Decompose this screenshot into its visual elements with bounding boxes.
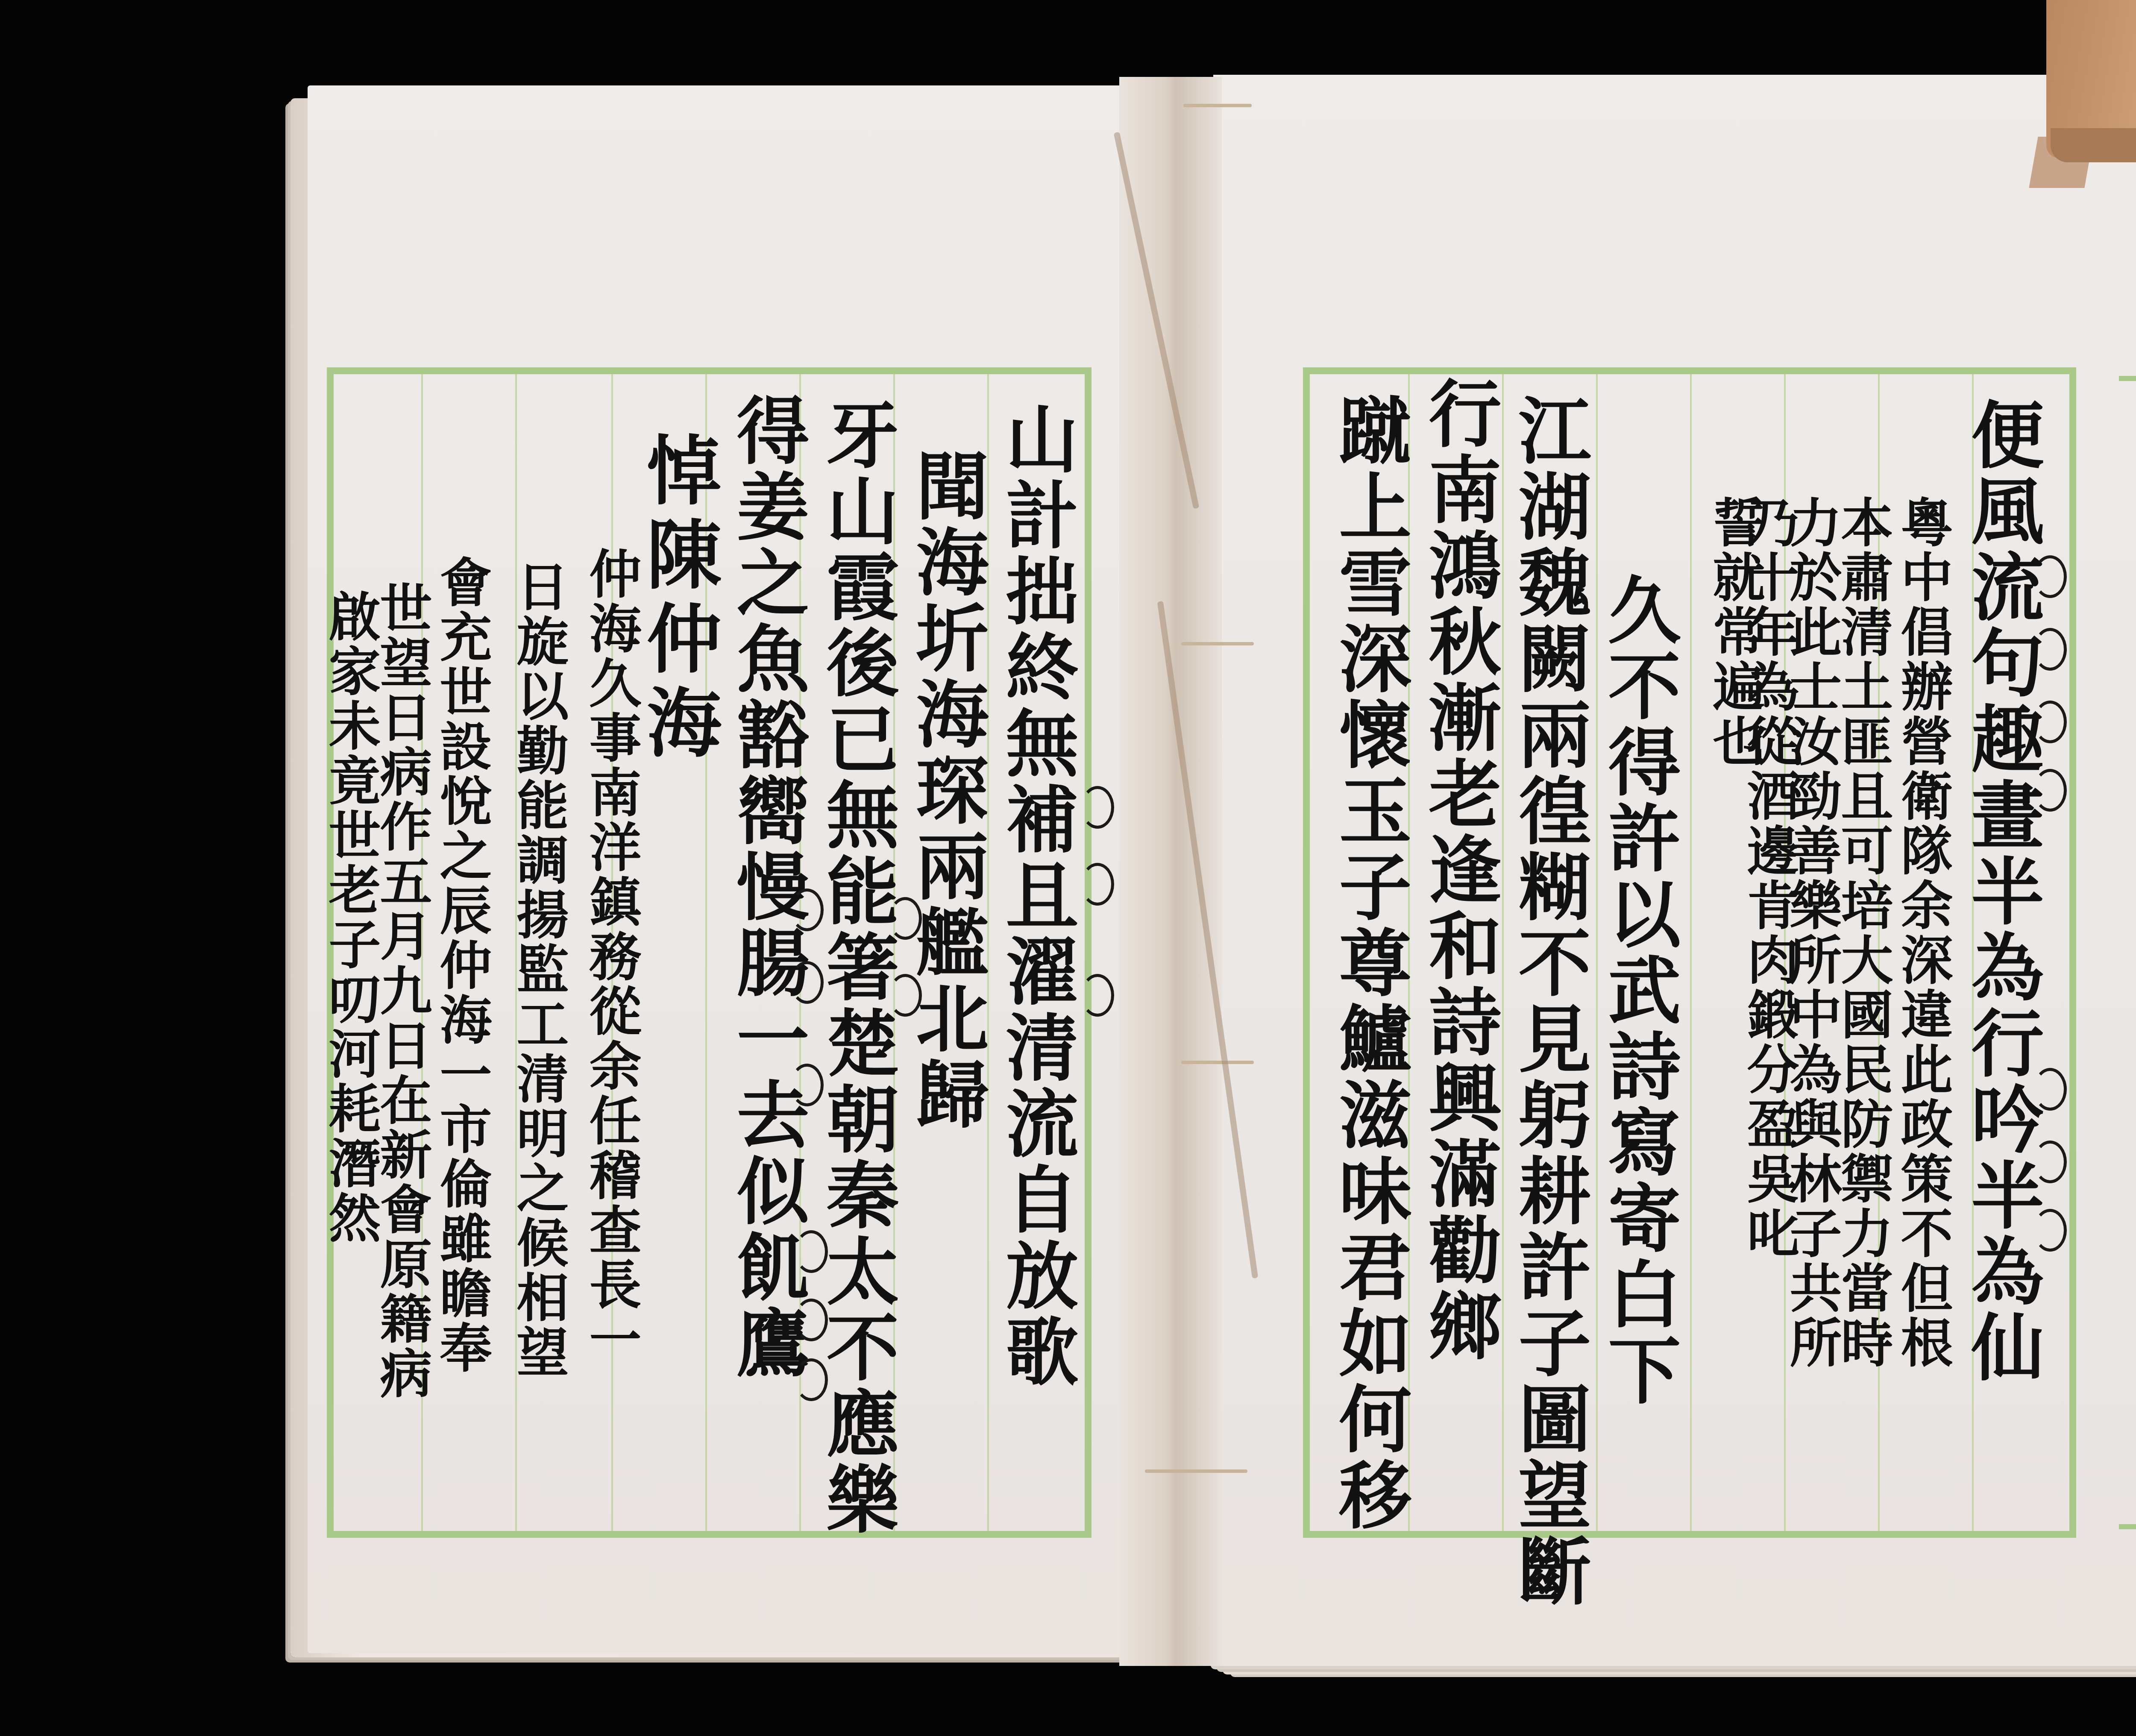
- text-column: 行南鴻秋漸老逢和詩興滿勸鄉: [1423, 376, 1495, 1364]
- circle-mark: [795, 1230, 828, 1273]
- circle-mark: [790, 1064, 824, 1106]
- annotation-column: 世望日病作五月九日在新會原籍病: [376, 581, 428, 1401]
- column-rule: [1502, 374, 1504, 1531]
- text-column: 聞海圻海琛兩艦北歸: [910, 449, 983, 1133]
- column-rule: [1690, 374, 1692, 1531]
- text-column: 便風流句趣畫半為行吟半為仙: [1965, 397, 2038, 1386]
- book-spine: [1119, 77, 1222, 1666]
- binding-thread-4: [1145, 1469, 1247, 1473]
- circle-mark: [2033, 628, 2067, 671]
- circle-mark: [2033, 1141, 2067, 1183]
- circle-mark: [790, 889, 824, 931]
- circle-mark: [1081, 863, 1114, 906]
- annotation-column: 粵中倡辦營衛隊余深違此政策不但根: [1897, 496, 1949, 1370]
- circle-mark: [889, 897, 922, 940]
- text-column: 久不得許以武詩寫寄白下: [1602, 572, 1675, 1409]
- annotation-column: 啟家未竟世老子叨河耗潛然: [325, 589, 377, 1246]
- circle-mark: [889, 974, 922, 1017]
- open-book: 便風流句趣畫半為行吟半為仙 粵中倡辦營衛隊余深違此政策不但根 本肅清土匪且可培大…: [0, 0, 2136, 1736]
- circle-mark: [2033, 701, 2067, 743]
- text-column: 蹴上雪深懷玉子尊鱸滋味君如何移: [1333, 393, 1405, 1534]
- annotation-column: 仲海久事南洋鎮務從余任稽查長一: [585, 547, 637, 1367]
- text-column: 得姜之魚豁嚮慢腸一去似飢鷹: [731, 393, 803, 1381]
- underlying-page-frame: [2119, 376, 2136, 1529]
- circle-mark: [1081, 786, 1114, 829]
- circle-mark: [795, 1358, 828, 1401]
- circle-mark: [795, 1299, 828, 1341]
- annotation-column: 誓就常遍也: [1709, 496, 1761, 769]
- circle-mark: [2033, 1209, 2067, 1252]
- binding-thread-3: [1181, 1061, 1254, 1064]
- seal-stone-base: [2051, 128, 2136, 162]
- annotation-column: 會充世設悅之辰仲海一市倫雖瞻奉: [436, 555, 488, 1375]
- circle-mark: [1081, 974, 1114, 1017]
- circle-mark: [790, 961, 824, 1004]
- text-column: 山計拙終無補且濯清流自放歌: [1000, 402, 1072, 1390]
- annotation-column: 日旋以勤能調揚監工清明之候相望: [513, 560, 565, 1380]
- poem-title: 悼陳仲海: [641, 431, 716, 768]
- circle-mark: [2033, 555, 2067, 598]
- circle-mark: [2033, 1068, 2067, 1111]
- binding-thread-2: [1181, 642, 1254, 645]
- binding-thread-1: [1183, 104, 1252, 107]
- text-column: 牙山霞後已無能箸楚朝秦太不應樂: [820, 397, 893, 1538]
- annotation-column: 本肅清土匪且可培大國民防禦力當時: [1837, 496, 1889, 1370]
- circle-mark: [2033, 769, 2067, 812]
- text-column: 江湖魏闕兩徨糊不見躬耕許子圖望斷: [1512, 393, 1585, 1610]
